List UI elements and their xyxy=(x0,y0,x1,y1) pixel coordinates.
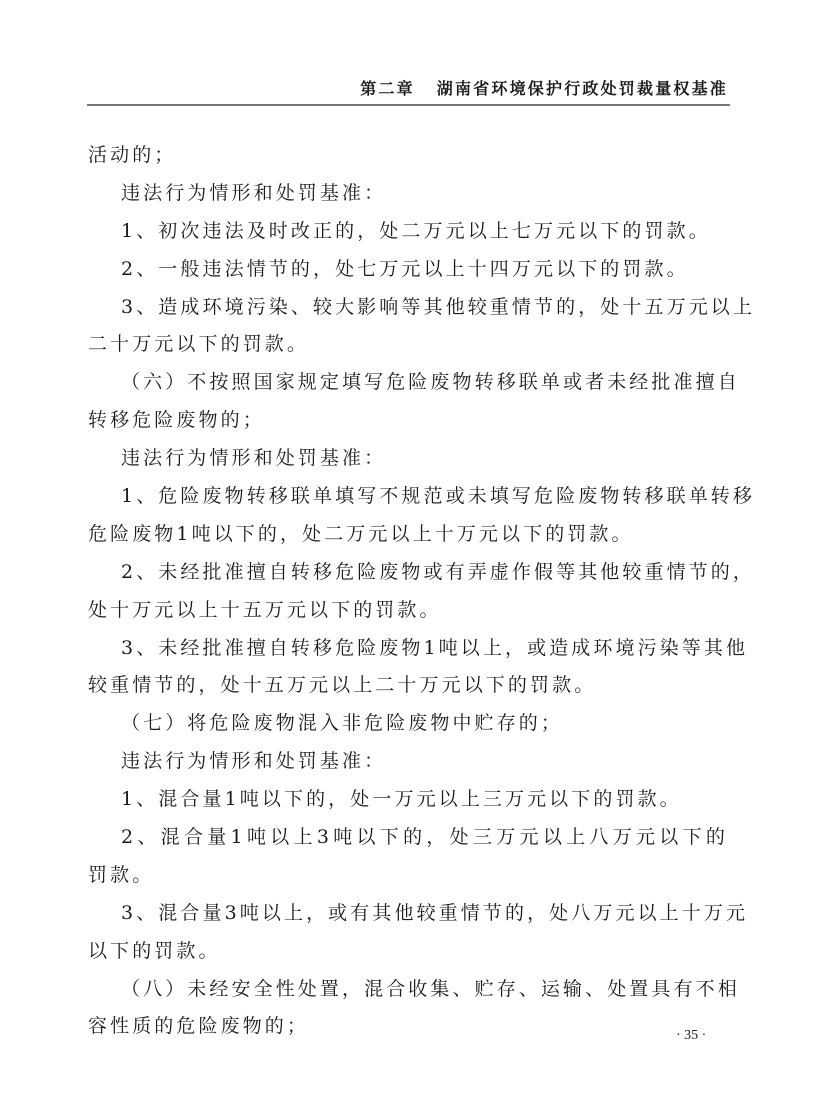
text-line: （六）不按照国家规定填写危险废物转移联单或者未经批准擅自 xyxy=(88,364,728,402)
text-line: （七）将危险废物混入非危险废物中贮存的； xyxy=(88,705,728,743)
text-line: 二十万元以下的罚款。 xyxy=(88,326,728,364)
text-line: 违法行为情形和处罚基准： xyxy=(88,175,728,213)
text-line: 3、造成环境污染、较大影响等其他较重情节的，处十五万元以上 xyxy=(88,289,728,327)
text-line: 2、一般违法情节的，处七万元以上十四万元以下的罚款。 xyxy=(88,251,728,289)
document-body: 活动的；违法行为情形和处罚基准：1、初次违法及时改正的，处二万元以上七万元以下的… xyxy=(88,137,728,1046)
text-line: 活动的； xyxy=(88,137,728,175)
text-line: 罚款。 xyxy=(88,857,728,895)
page-number: · 35 · xyxy=(676,1028,706,1044)
text-line: 1、危险废物转移联单填写不规范或未填写危险废物转移联单转移 xyxy=(88,478,728,516)
text-line: 2、未经批准擅自转移危险废物或有弄虚作假等其他较重情节的， xyxy=(88,554,728,592)
text-line: 3、未经批准擅自转移危险废物1吨以上，或造成环境污染等其他 xyxy=(88,630,728,668)
text-line: 2、混合量1吨以上3吨以下的，处三万元以上八万元以下的 xyxy=(88,819,728,857)
running-header: 第二章湖南省环境保护行政处罚裁量权基准 xyxy=(87,76,730,104)
text-line: 违法行为情形和处罚基准： xyxy=(88,743,728,781)
text-line: 1、混合量1吨以下的，处一万元以上三万元以下的罚款。 xyxy=(88,781,728,819)
text-line: 以下的罚款。 xyxy=(88,933,728,971)
text-line: 违法行为情形和处罚基准： xyxy=(88,440,728,478)
header-chapter: 第二章 xyxy=(360,79,415,98)
text-line: 转移危险废物的； xyxy=(88,402,728,440)
header-rule xyxy=(87,104,730,106)
text-line: 1、初次违法及时改正的，处二万元以上七万元以下的罚款。 xyxy=(88,213,728,251)
text-line: 处十万元以上十五万元以下的罚款。 xyxy=(88,592,728,630)
header-title: 湖南省环境保护行政处罚裁量权基准 xyxy=(437,79,728,98)
text-line: 3、混合量3吨以上，或有其他较重情节的，处八万元以上十万元 xyxy=(88,895,728,933)
text-line: （八）未经安全性处置，混合收集、贮存、运输、处置具有不相 xyxy=(88,971,728,1009)
text-line: 较重情节的，处十五万元以上二十万元以下的罚款。 xyxy=(88,667,728,705)
header-text: 第二章湖南省环境保护行政处罚裁量权基准 xyxy=(360,76,728,99)
text-line: 容性质的危险废物的； xyxy=(88,1008,728,1046)
text-line: 危险废物1吨以下的，处二万元以上十万元以下的罚款。 xyxy=(88,516,728,554)
